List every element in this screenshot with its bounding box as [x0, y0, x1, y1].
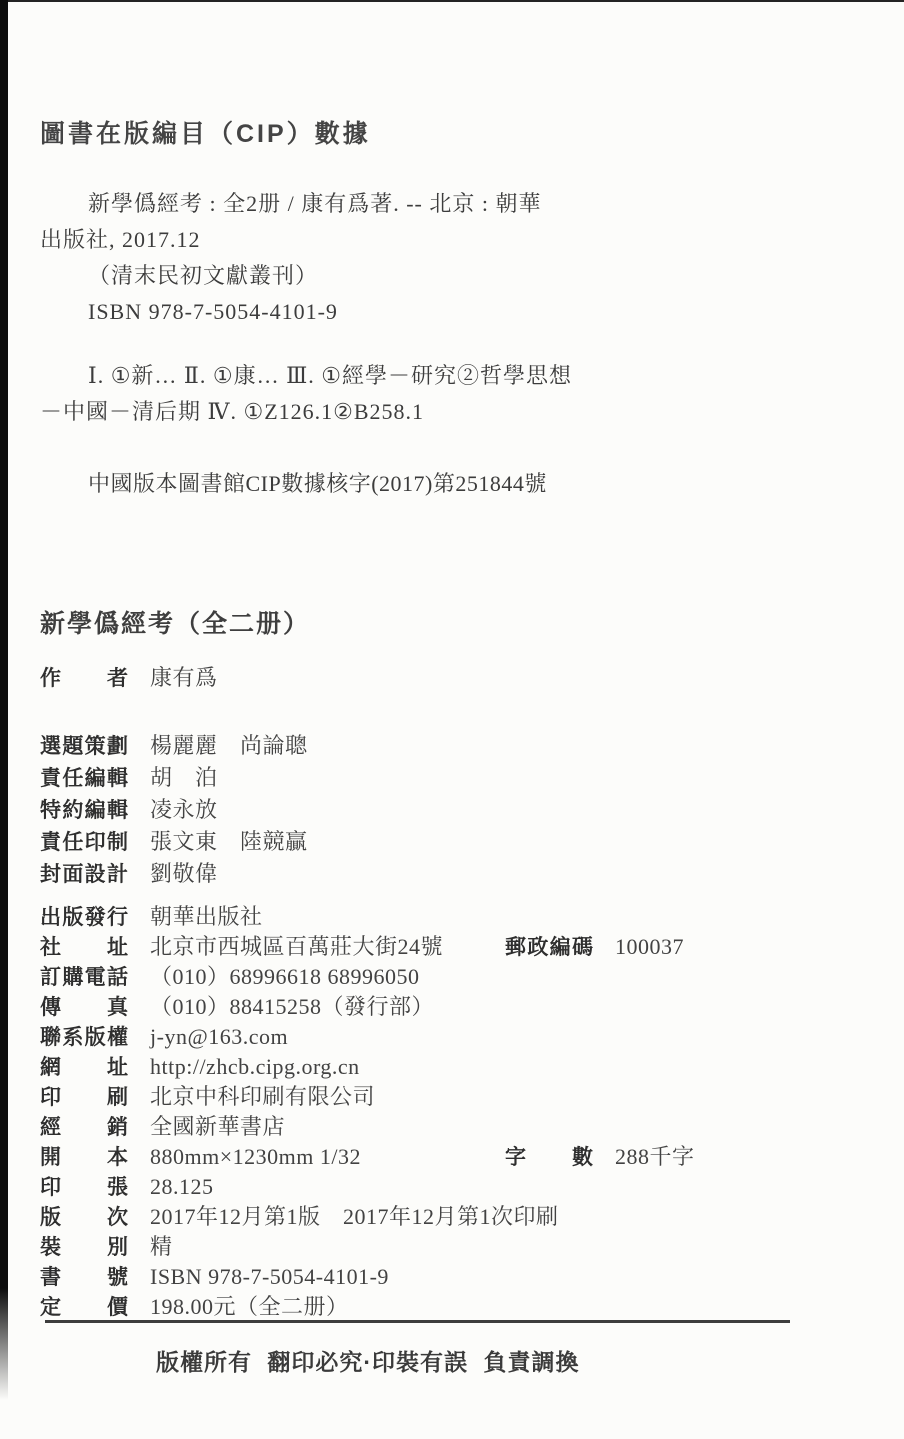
- info-row: 版次 2017年12月第1版 2017年12月第1次印刷: [40, 1202, 860, 1232]
- info-value: 楊麗麗 尚論聰: [150, 730, 308, 761]
- info-label: 經銷: [40, 1113, 128, 1142]
- scan-top-edge-line: [0, 0, 904, 2]
- info-value: 北京中科印刷有限公司: [150, 1082, 375, 1111]
- info-value: 100037: [615, 932, 684, 961]
- scan-gutter-shadow: [0, 0, 8, 1400]
- cip-description-block: 新學僞經考 : 全2册 / 康有爲著. -- 北京 : 朝華 出版社, 2017…: [40, 186, 760, 330]
- info-value: 朝華出版社: [150, 902, 263, 931]
- info-label: 開本: [40, 1143, 128, 1172]
- cip-isbn-line: ISBN 978-7-5054-4101-9: [40, 294, 760, 330]
- info-label: 網址: [40, 1053, 128, 1082]
- info-row: 裝別 精: [40, 1232, 860, 1262]
- info-value: 880mm×1230mm 1/32: [150, 1142, 505, 1171]
- cip-line: （清末民初文獻叢刊）: [40, 258, 760, 294]
- info-value: 28.125: [150, 1172, 214, 1201]
- info-label: 書號: [40, 1263, 128, 1292]
- info-row: 網址 http://zhcb.cipg.org.cn: [40, 1052, 860, 1082]
- info-row: 印張 28.125: [40, 1172, 860, 1202]
- info-label: 特約編輯: [40, 795, 128, 826]
- info-value: 北京市西城區百萬莊大街24號: [150, 932, 505, 961]
- info-value: 胡 泊: [150, 762, 218, 793]
- info-value: 2017年12月第1版 2017年12月第1次印刷: [150, 1202, 559, 1231]
- cip-heading: 圖書在版編目（CIP）數據: [40, 114, 371, 150]
- info-row: 作者 康有爲: [40, 662, 860, 694]
- info-value: j-yn@163.com: [150, 1022, 288, 1051]
- cip-line: 新學僞經考 : 全2册 / 康有爲著. -- 北京 : 朝華: [40, 186, 760, 222]
- info-label: 印張: [40, 1173, 128, 1202]
- author-block: 作者 康有爲: [40, 662, 860, 694]
- info-value: （010）88415258（發行部）: [150, 992, 434, 1021]
- info-label: 郵政編碼: [505, 933, 593, 962]
- info-row: 傳真 （010）88415258（發行部）: [40, 992, 860, 1022]
- cip-line: 出版社, 2017.12: [40, 222, 760, 258]
- info-label: 作者: [40, 663, 128, 694]
- info-label: 訂購電話: [40, 963, 128, 992]
- info-label: 出版發行: [40, 903, 128, 932]
- info-row: 印刷 北京中科印刷有限公司: [40, 1082, 860, 1112]
- info-label: 選題策劃: [40, 731, 128, 762]
- info-label: 責任編輯: [40, 763, 128, 794]
- info-row: 開本 880mm×1230mm 1/32 字數 288千字: [40, 1142, 860, 1172]
- copyright-notice: 版權所有 翻印必究·印裝有誤 負責調換: [156, 1344, 579, 1377]
- cip-classification-line: －中國－清后期 Ⅳ. ①Z126.1②B258.1: [40, 394, 760, 430]
- info-value: 全國新華書店: [150, 1112, 285, 1141]
- info-value: 198.00元（全二册）: [150, 1292, 349, 1321]
- info-row: 責任印制 張文東 陸競贏: [40, 826, 860, 858]
- info-row: 經銷 全國新華書店: [40, 1112, 860, 1142]
- info-value: 張文東 陸競贏: [150, 826, 308, 857]
- book-title: 新學僞經考（全二册）: [40, 604, 310, 640]
- info-value: ISBN 978-7-5054-4101-9: [150, 1262, 389, 1291]
- info-row: 聯系版權 j-yn@163.com: [40, 1022, 860, 1052]
- info-label: 字數: [505, 1143, 593, 1172]
- staff-block: 選題策劃 楊麗麗 尚論聰 責任編輯 胡 泊 特約編輯 凌永放 責任印制 張文東 …: [40, 730, 860, 890]
- info-label: 社址: [40, 933, 128, 962]
- info-label: 責任印制: [40, 827, 128, 858]
- info-row: 選題策劃 楊麗麗 尚論聰: [40, 730, 860, 762]
- info-label: 封面設計: [40, 859, 128, 890]
- info-row: 社址 北京市西城區百萬莊大街24號 郵政編碼 100037: [40, 932, 860, 962]
- info-row: 定價 198.00元（全二册）: [40, 1292, 860, 1322]
- info-label: 聯系版權: [40, 1023, 128, 1052]
- cip-classification-block: Ⅰ. ①新… Ⅱ. ①康… Ⅲ. ①經學－研究②哲學思想 －中國－清后期 Ⅳ. …: [40, 358, 760, 430]
- info-value: 凌永放: [150, 794, 218, 825]
- info-value: http://zhcb.cipg.org.cn: [150, 1052, 360, 1081]
- info-label: 版次: [40, 1203, 128, 1232]
- info-row: 訂購電話 （010）68996618 68996050: [40, 962, 860, 992]
- info-label: 傳真: [40, 993, 128, 1022]
- info-label: 定價: [40, 1293, 128, 1322]
- info-value: 288千字: [615, 1142, 695, 1171]
- info-row: 出版發行 朝華出版社: [40, 902, 860, 932]
- info-row: 書號 ISBN 978-7-5054-4101-9: [40, 1262, 860, 1292]
- cip-registration-line: 中國版本圖書館CIP數據核字(2017)第251844號: [40, 466, 547, 502]
- info-value: 康有爲: [150, 662, 218, 693]
- footer-divider-rule: [45, 1320, 790, 1323]
- info-value: 精: [150, 1232, 173, 1261]
- info-value: （010）68996618 68996050: [150, 962, 420, 991]
- info-row: 特約編輯 凌永放: [40, 794, 860, 826]
- cip-classification-line: Ⅰ. ①新… Ⅱ. ①康… Ⅲ. ①經學－研究②哲學思想: [40, 358, 760, 394]
- info-row: 責任編輯 胡 泊: [40, 762, 860, 794]
- info-label: 裝別: [40, 1233, 128, 1262]
- scanned-copyright-page: 圖書在版編目（CIP）數據 新學僞經考 : 全2册 / 康有爲著. -- 北京 …: [0, 0, 904, 1439]
- cip-registration-block: 中國版本圖書館CIP數據核字(2017)第251844號: [40, 466, 547, 502]
- publication-block: 出版發行 朝華出版社 社址 北京市西城區百萬莊大街24號 郵政編碼 100037…: [40, 902, 860, 1322]
- info-label: 印刷: [40, 1083, 128, 1112]
- info-value: 劉敬偉: [150, 858, 218, 889]
- info-row: 封面設計 劉敬偉: [40, 858, 860, 890]
